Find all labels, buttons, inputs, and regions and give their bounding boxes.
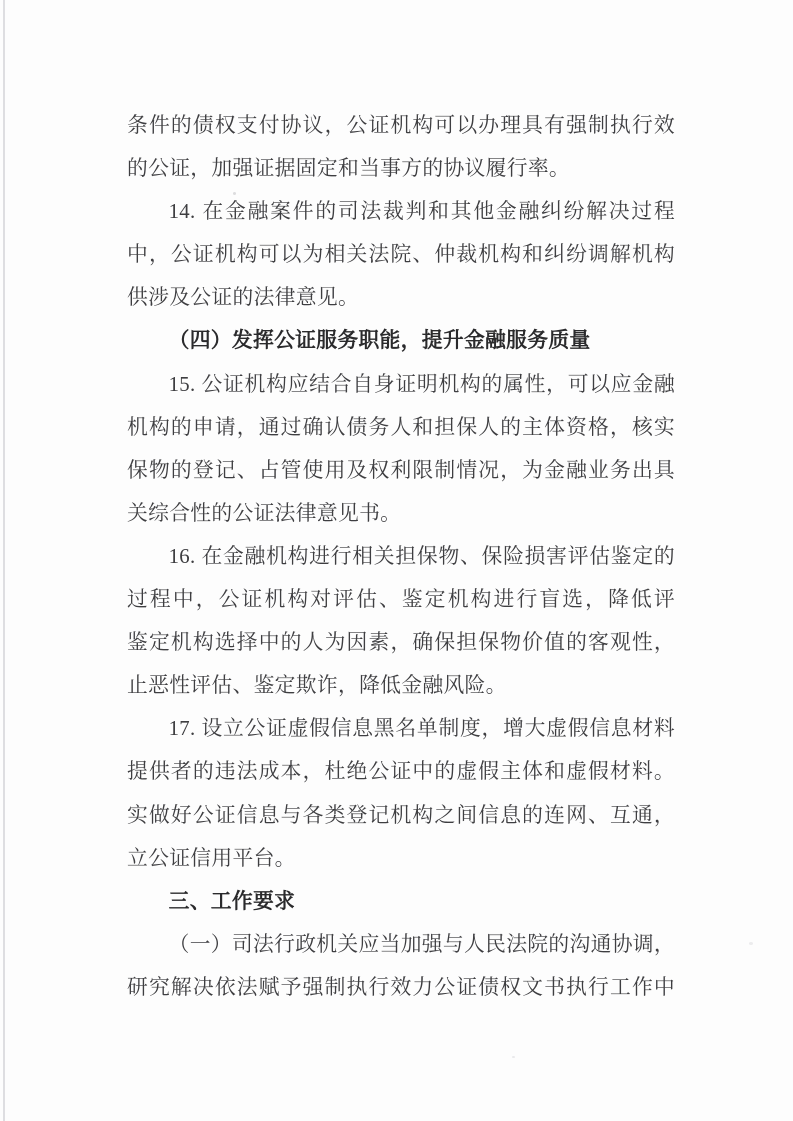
- text-line: 鉴定机构选择中的人为因素，确保担保物价值的客观性，防: [127, 621, 675, 664]
- text-line: 止恶性评估、鉴定欺诈，降低金融风险。: [127, 664, 675, 707]
- text-line: 过程中，公证机构对评估、鉴定机构进行盲选，降低评估、: [127, 578, 675, 621]
- text-line: 关综合性的公证法律意见书。: [127, 492, 675, 535]
- sub-section-heading: （四）发挥公证服务职能，提升金融服务质量: [127, 319, 675, 362]
- text-line: 研究解决依法赋予强制执行效力公证债权文书执行工作中: [127, 966, 675, 1009]
- text-line: 立公证信用平台。: [127, 837, 675, 880]
- text-line: 15. 公证机构应结合自身证明机构的属性，可以应金融: [127, 363, 675, 406]
- text-line: （一）司法行政机关应当加强与人民法院的沟通协调，: [127, 923, 675, 966]
- document-text-block: 条件的债权支付协议，公证机构可以办理具有强制执行效力的公证，加强证据固定和当事方…: [127, 104, 675, 1009]
- section-heading: 三、工作要求: [127, 880, 675, 923]
- text-line: 供涉及公证的法律意见。: [127, 276, 675, 319]
- text-line: 17. 设立公证虚假信息黑名单制度，增大虚假信息材料: [127, 707, 675, 750]
- text-line: 的公证，加强证据固定和当事方的协议履行率。: [127, 147, 675, 190]
- scan-speck: [512, 1056, 515, 1058]
- scan-speck: [749, 942, 753, 945]
- document-page: 条件的债权支付协议，公证机构可以办理具有强制执行效力的公证，加强证据固定和当事方…: [0, 0, 793, 1121]
- text-line: 16. 在金融机构进行相关担保物、保险损害评估鉴定的: [127, 535, 675, 578]
- text-line: 14. 在金融案件的司法裁判和其他金融纠纷解决过程: [127, 190, 675, 233]
- text-line: 中，公证机构可以为相关法院、仲裁机构和纠纷调解机构提: [127, 233, 675, 276]
- text-line: 提供者的违法成本，杜绝公证中的虚假主体和虚假材料。切: [127, 750, 675, 793]
- text-line: 实做好公证信息与各类登记机构之间信息的连网、互通，建: [127, 794, 675, 837]
- text-line: 机构的申请，通过确认债务人和担保人的主体资格，核实担: [127, 406, 675, 449]
- text-line: 保物的登记、占管使用及权利限制情况，为金融业务出具相: [127, 449, 675, 492]
- scan-edge-line: [3, 0, 5, 1121]
- text-line: 条件的债权支付协议，公证机构可以办理具有强制执行效力: [127, 104, 675, 147]
